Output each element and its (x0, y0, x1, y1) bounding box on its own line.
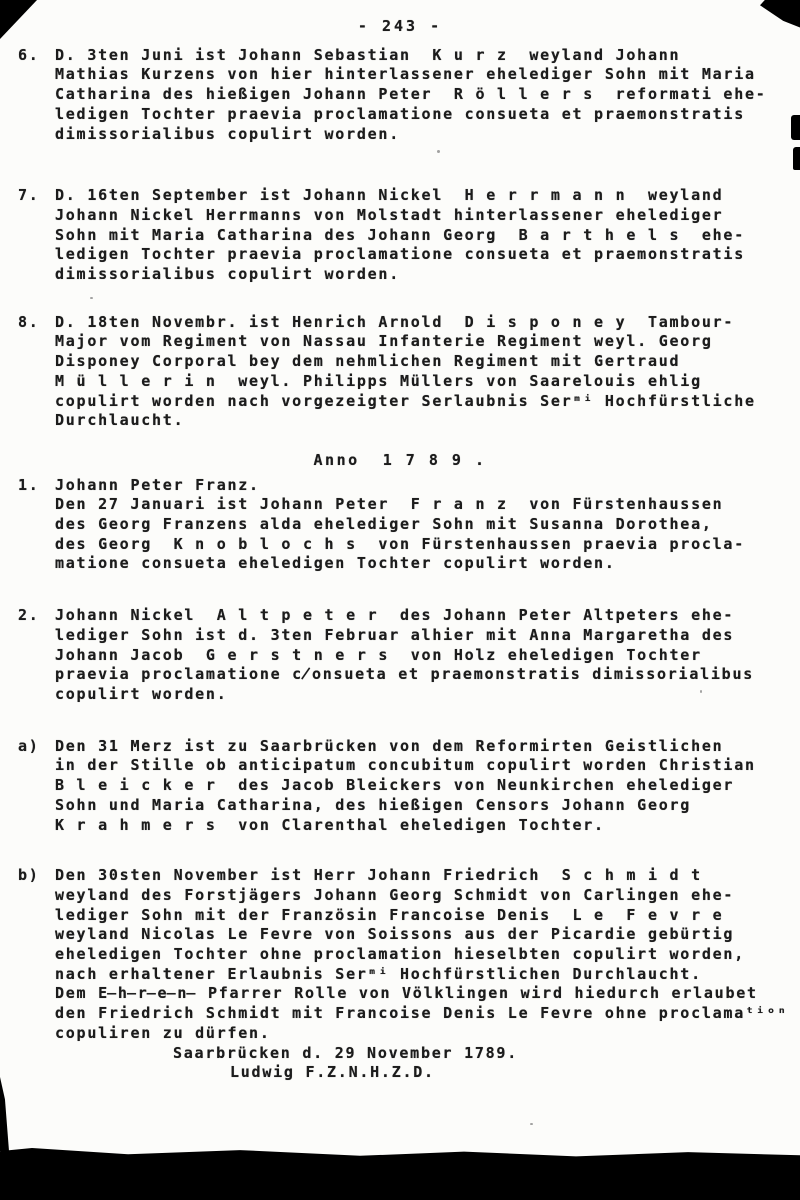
register-entry-2: 2. Johann Nickel A l t p e t e r des Joh… (0, 606, 800, 705)
closing-place-date: Saarbrücken d. 29 November 1789. (173, 1044, 800, 1064)
entry-marker: a) (18, 737, 55, 757)
closing-signature: Ludwig F.Z.N.H.Z.D. (230, 1063, 800, 1083)
text-line: Catharina des hießigen Johann Peter R ö … (55, 85, 800, 105)
text-line: ledigen Tochter praevia proclamatione co… (55, 105, 800, 125)
text-line: K r a h m e r s von Clarenthal eheledige… (55, 816, 800, 836)
entry-text: Johann Peter Franz. Den 27 Januari ist J… (55, 476, 800, 575)
text-line: Den 30sten November ist Herr Johann Frie… (55, 866, 800, 886)
text-line: B l e i c k e r des Jacob Bleickers von … (55, 776, 800, 796)
text-line: eheledigen Tochter ohne proclamation hie… (55, 945, 800, 965)
register-entry-6: 6. D. 3ten Juni ist Johann Sebastian K u… (0, 46, 800, 145)
text-line: in der Stille ob anticipatum concubitum … (55, 756, 800, 776)
register-entry-7: 7. D. 16ten September ist Johann Nickel … (0, 186, 800, 285)
scanned-register-page: - 243 - 6. D. 3ten Juni ist Johann Sebas… (0, 0, 800, 1200)
text-line: Durchlaucht. (55, 411, 800, 431)
scan-artifact-right-edge-dash (791, 115, 800, 140)
entry-text: Johann Nickel A l t p e t e r des Johann… (55, 606, 800, 705)
text-line: copuliren zu dürfen. (55, 1024, 800, 1044)
text-line: Johann Jacob G e r s t n e r s von Holz … (55, 646, 800, 666)
scan-speck (437, 150, 440, 153)
anno-year-heading: Anno 1 7 8 9 . (0, 451, 800, 471)
text-line: lediger Sohn ist d. 3ten Februar alhier … (55, 626, 800, 646)
register-entry-8: 8. D. 18ten Novembr. ist Henrich Arnold … (0, 313, 800, 431)
text-line: weyland des Forstjägers Johann Georg Sch… (55, 886, 800, 906)
text-line: Major vom Regiment von Nassau Infanterie… (55, 332, 800, 352)
text-line: ledigen Tochter praevia proclamatione co… (55, 245, 800, 265)
register-entry-1: 1. Johann Peter Franz. Den 27 Januari is… (0, 476, 800, 575)
scan-artifact-bottom-bar (0, 1148, 800, 1200)
text-line: Den 31 Merz ist zu Saarbrücken von dem R… (55, 737, 800, 757)
scan-speck (700, 690, 702, 693)
entry-marker: 6. (18, 46, 55, 66)
text-line: des Georg Franzens alda ehelediger Sohn … (55, 515, 800, 535)
entry-marker: 2. (18, 606, 55, 626)
text-line: praevia proclamatione c̸onsueta et praem… (55, 665, 800, 685)
entry-marker: b) (18, 866, 55, 886)
scan-artifact-bottom-left-edge (0, 1077, 9, 1151)
text-line: Mathias Kurzens von hier hinterlassener … (55, 65, 800, 85)
text-line: dimissorialibus copulirt worden. (55, 265, 800, 285)
text-line: Sohn und Maria Catharina, des hießigen C… (55, 796, 800, 816)
text-line: des Georg K n o b l o c h s von Fürstenh… (55, 535, 800, 555)
text-line: copulirt worden nach vorgezeigter Serlau… (55, 392, 800, 412)
text-line: Johann Peter Franz. (55, 476, 800, 496)
text-line: lediger Sohn mit der Französin Francoise… (55, 906, 800, 926)
register-entry-a: a) Den 31 Merz ist zu Saarbrücken von de… (0, 737, 800, 836)
entry-marker: 8. (18, 313, 55, 333)
text-line: D. 16ten September ist Johann Nickel H e… (55, 186, 800, 206)
entry-marker: 1. (18, 476, 55, 496)
text-line: Johann Nickel Herrmanns von Molstadt hin… (55, 206, 800, 226)
text-line: D. 3ten Juni ist Johann Sebastian K u r … (55, 46, 800, 66)
text-line: D. 18ten Novembr. ist Henrich Arnold D i… (55, 313, 800, 333)
text-line: Johann Nickel A l t p e t e r des Johann… (55, 606, 800, 626)
entry-marker: 7. (18, 186, 55, 206)
text-line: weyland Nicolas Le Fevre von Soissons au… (55, 925, 800, 945)
entry-text: D. 18ten Novembr. ist Henrich Arnold D i… (55, 313, 800, 431)
text-line: Disponey Corporal bey dem nehmlichen Reg… (55, 352, 800, 372)
text-line: copulirt worden. (55, 685, 800, 705)
register-entry-b: b) Den 30sten November ist Herr Johann F… (0, 866, 800, 1043)
scan-artifact-right-edge-dash (793, 147, 800, 170)
page-number: - 243 - (0, 0, 800, 37)
entry-text: D. 3ten Juni ist Johann Sebastian K u r … (55, 46, 800, 145)
text-line: M ü l l e r i n weyl. Philipps Müllers v… (55, 372, 800, 392)
scan-speck (530, 1123, 533, 1125)
entry-text: Den 30sten November ist Herr Johann Frie… (55, 866, 800, 1043)
text-line: den Friedrich Schmidt mit Francoise Deni… (55, 1004, 800, 1024)
text-line: matione consueta eheledigen Tochter copu… (55, 554, 800, 574)
text-line: dimissorialibus copulirt worden. (55, 125, 800, 145)
text-line: Den 27 Januari ist Johann Peter F r a n … (55, 495, 800, 515)
text-line: Sohn mit Maria Catharina des Johann Geor… (55, 226, 800, 246)
text-line: nach erhaltener Erlaubnis Serᵐⁱ Hochfürs… (55, 965, 800, 985)
entry-text: D. 16ten September ist Johann Nickel H e… (55, 186, 800, 285)
text-line: Dem E̶h̶r̶e̶n̶ Pfarrer Rolle von Völklin… (55, 984, 800, 1004)
entry-text: Den 31 Merz ist zu Saarbrücken von dem R… (55, 737, 800, 836)
scan-speck (90, 297, 93, 299)
